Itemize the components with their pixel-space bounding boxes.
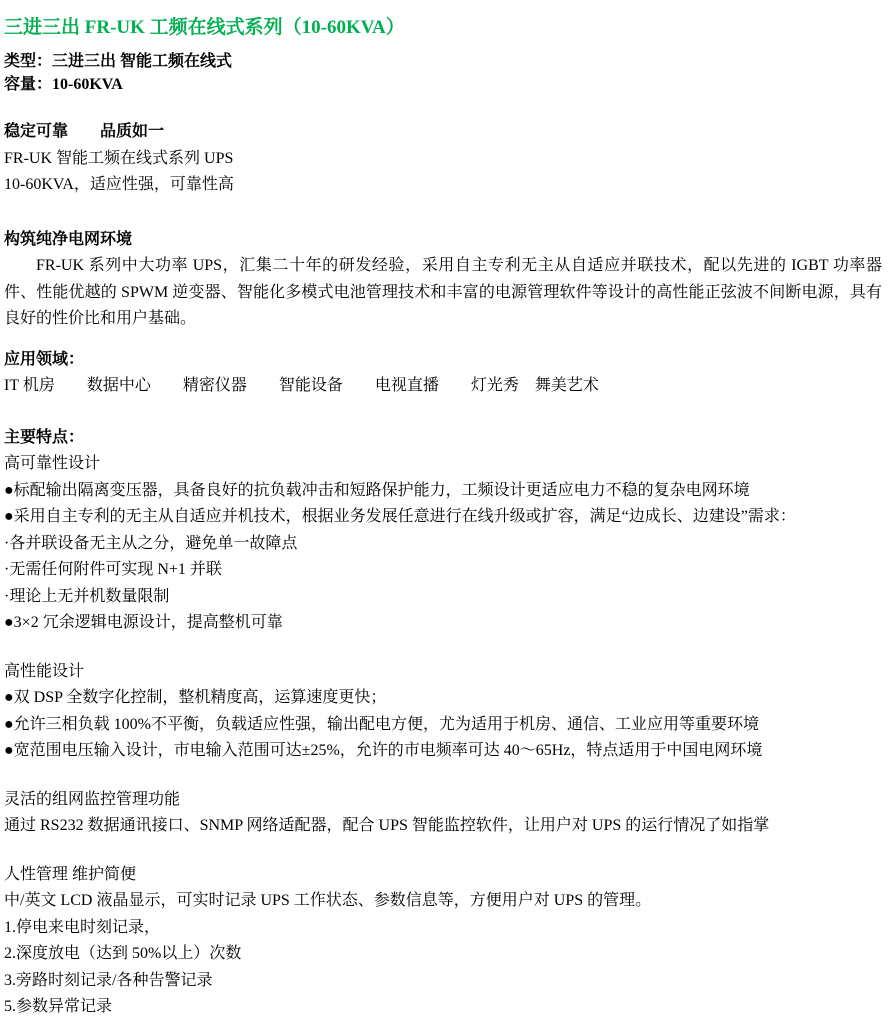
feature-subheading: 高性能设计 — [4, 659, 882, 686]
spacer — [4, 333, 882, 347]
spacer — [4, 637, 882, 659]
applications-list: IT 机房 数据中心 精密仪器 智能设备 电视直播 灯光秀 舞美艺术 — [4, 373, 882, 400]
feature-subheading: 灵活的组网监控管理功能 — [4, 787, 882, 814]
feature-line: 5.参数异常记录 — [4, 994, 882, 1018]
intro-line-2: 10-60KVA，适应性强，可靠性高 — [4, 172, 882, 199]
intro-heading: 稳定可靠 品质如一 — [4, 119, 882, 146]
feature-line: 1.停电来电时刻记录， — [4, 915, 882, 942]
spec-type: 类型：三进三出 智能工频在线式 — [4, 50, 882, 73]
feature-line: ●标配输出隔离变压器，具备良好的抗负载冲击和短路保护能力，工频设计更适应电力不稳… — [4, 478, 882, 505]
feature-line: ●3×2 冗余逻辑电源设计，提高整机可靠 — [4, 610, 882, 637]
applications-heading: 应用领域： — [4, 347, 882, 374]
features-heading: 主要特点： — [4, 425, 882, 452]
spacer — [4, 840, 882, 862]
feature-line: 2.深度放电（达到 50%以上）次数 — [4, 941, 882, 968]
feature-line: ·理论上无并机数量限制 — [4, 584, 882, 611]
grid-section-heading: 构筑纯净电网环境 — [4, 227, 882, 254]
feature-subheading: 高可靠性设计 — [4, 451, 882, 478]
spacer — [4, 400, 882, 425]
feature-line: ●允许三相负载 100%不平衡，负载适应性强，输出配电方便，尤为适用于机房、通信… — [4, 712, 882, 739]
feature-line: ·各并联设备无主从之分，避免单一故障点 — [4, 531, 882, 558]
feature-subheading: 人性管理 维护简便 — [4, 862, 882, 889]
feature-line: 中/英文 LCD 液晶显示，可实时记录 UPS 工作状态、参数信息等，方便用户对… — [4, 888, 882, 915]
intro-line-1: FR-UK 智能工频在线式系列 UPS — [4, 146, 882, 173]
spec-capacity: 容量：10-60KVA — [4, 73, 882, 96]
feature-line: ●宽范围电压输入设计，市电输入范围可达±25%，允许的市电频率可达 40～65H… — [4, 738, 882, 765]
grid-section-paragraph: FR-UK 系列中大功率 UPS，汇集二十年的研发经验，采用自主专利无主从自适应… — [4, 253, 882, 333]
feature-line: 通过 RS232 数据通讯接口、SNMP 网络适配器，配合 UPS 智能监控软件… — [4, 813, 882, 840]
feature-groups: 高可靠性设计●标配输出隔离变压器，具备良好的抗负载冲击和短路保护能力，工频设计更… — [4, 451, 882, 1018]
feature-line: ●采用自主专利的无主从自适应并机技术，根据业务发展任意进行在线升级或扩容，满足“… — [4, 504, 882, 531]
spacer — [4, 96, 882, 119]
feature-line: 3.旁路时刻记录/各种告警记录 — [4, 968, 882, 995]
spacer — [4, 199, 882, 227]
feature-line: ·无需任何附件可实现 N+1 并联 — [4, 557, 882, 584]
product-document: 三进三出 FR-UK 工频在线式系列（10-60KVA） 类型：三进三出 智能工… — [4, 16, 882, 1018]
feature-line: ●双 DSP 全数字化控制，整机精度高，运算速度更快； — [4, 685, 882, 712]
spacer — [4, 765, 882, 787]
page-title: 三进三出 FR-UK 工频在线式系列（10-60KVA） — [4, 16, 882, 40]
